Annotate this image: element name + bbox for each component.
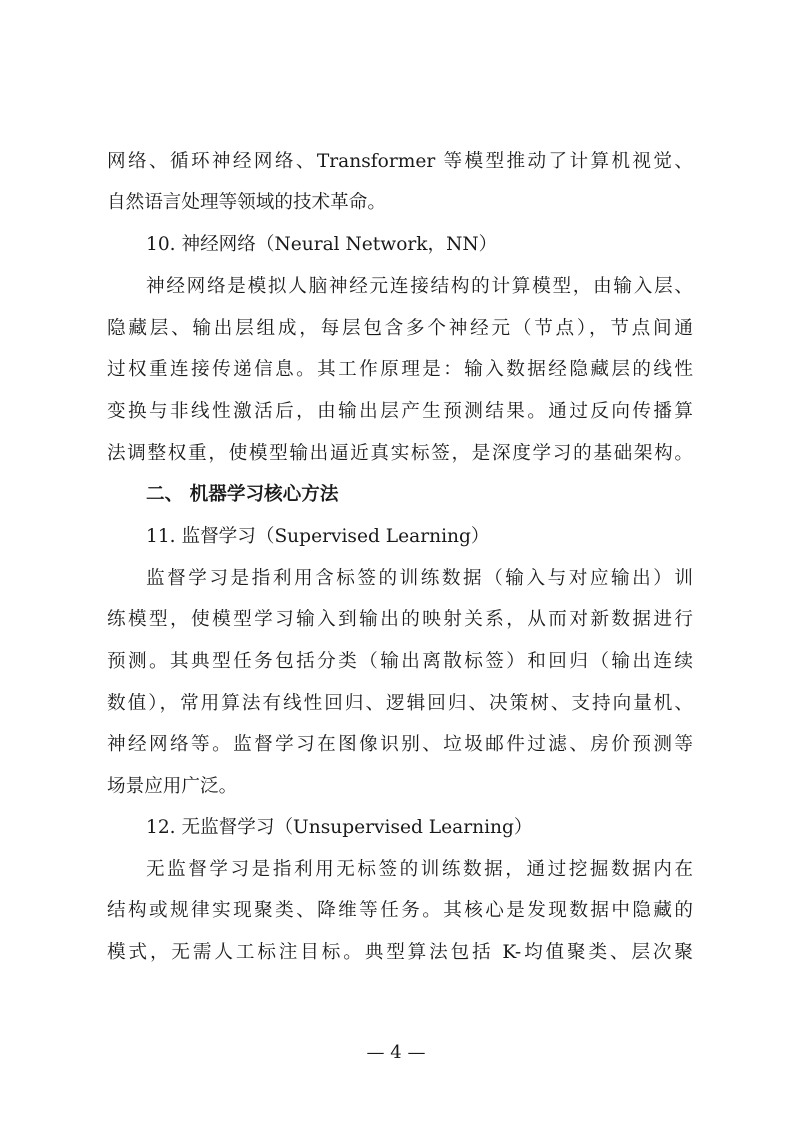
page-number: — 4 — <box>0 1038 792 1068</box>
body-line: 自然语言处理等领域的技术革命。 <box>107 188 693 218</box>
item-heading-neural-network: 10. 神经网络（Neural Network，NN） <box>146 230 693 260</box>
body-line: 变换与非线性激活后，由输出层产生预测结果。通过反向传播算 <box>107 397 693 427</box>
body-line: 法调整权重，使模型输出逼近真实标签，是深度学习的基础架构。 <box>107 439 693 469</box>
item-heading-unsupervised-learning: 12. 无监督学习（Unsupervised Learning） <box>146 813 693 843</box>
paragraph-first-line: 监督学习是指利用含标签的训练数据（输入与对应输出）训 <box>146 564 693 594</box>
body-line: 模式，无需人工标注目标。典型算法包括 K-均值聚类、层次聚 <box>107 938 693 968</box>
body-line: 隐藏层、输出层组成，每层包含多个神经元（节点），节点间通 <box>107 314 693 344</box>
body-line: 结构或规律实现聚类、降维等任务。其核心是发现数据中隐藏的 <box>107 896 693 926</box>
body-line: 过权重连接传递信息。其工作原理是：输入数据经隐藏层的线性 <box>107 355 693 385</box>
paragraph-first-line: 神经网络是模拟人脑神经元连接结构的计算模型，由输入层、 <box>146 272 693 302</box>
body-line: 网络、循环神经网络、Transformer 等模型推动了计算机视觉、 <box>107 147 693 177</box>
section-heading-ml-core-methods: 二、 机器学习核心方法 <box>146 480 693 510</box>
document-page: 网络、循环神经网络、Transformer 等模型推动了计算机视觉、 自然语言处… <box>0 0 792 1122</box>
body-line: 预测。其典型任务包括分类（输出离散标签）和回归（输出连续 <box>107 647 693 677</box>
body-line: 练模型，使模型学习输入到输出的映射关系，从而对新数据进行 <box>107 605 693 635</box>
body-line: 数值），常用算法有线性回归、逻辑回归、决策树、支持向量机、 <box>107 689 693 719</box>
body-line: 场景应用广泛。 <box>107 772 693 802</box>
item-heading-supervised-learning: 11. 监督学习（Supervised Learning） <box>146 522 693 552</box>
body-line: 神经网络等。监督学习在图像识别、垃圾邮件过滤、房价预测等 <box>107 730 693 760</box>
paragraph-first-line: 无监督学习是指利用无标签的训练数据，通过挖掘数据内在 <box>146 855 693 885</box>
